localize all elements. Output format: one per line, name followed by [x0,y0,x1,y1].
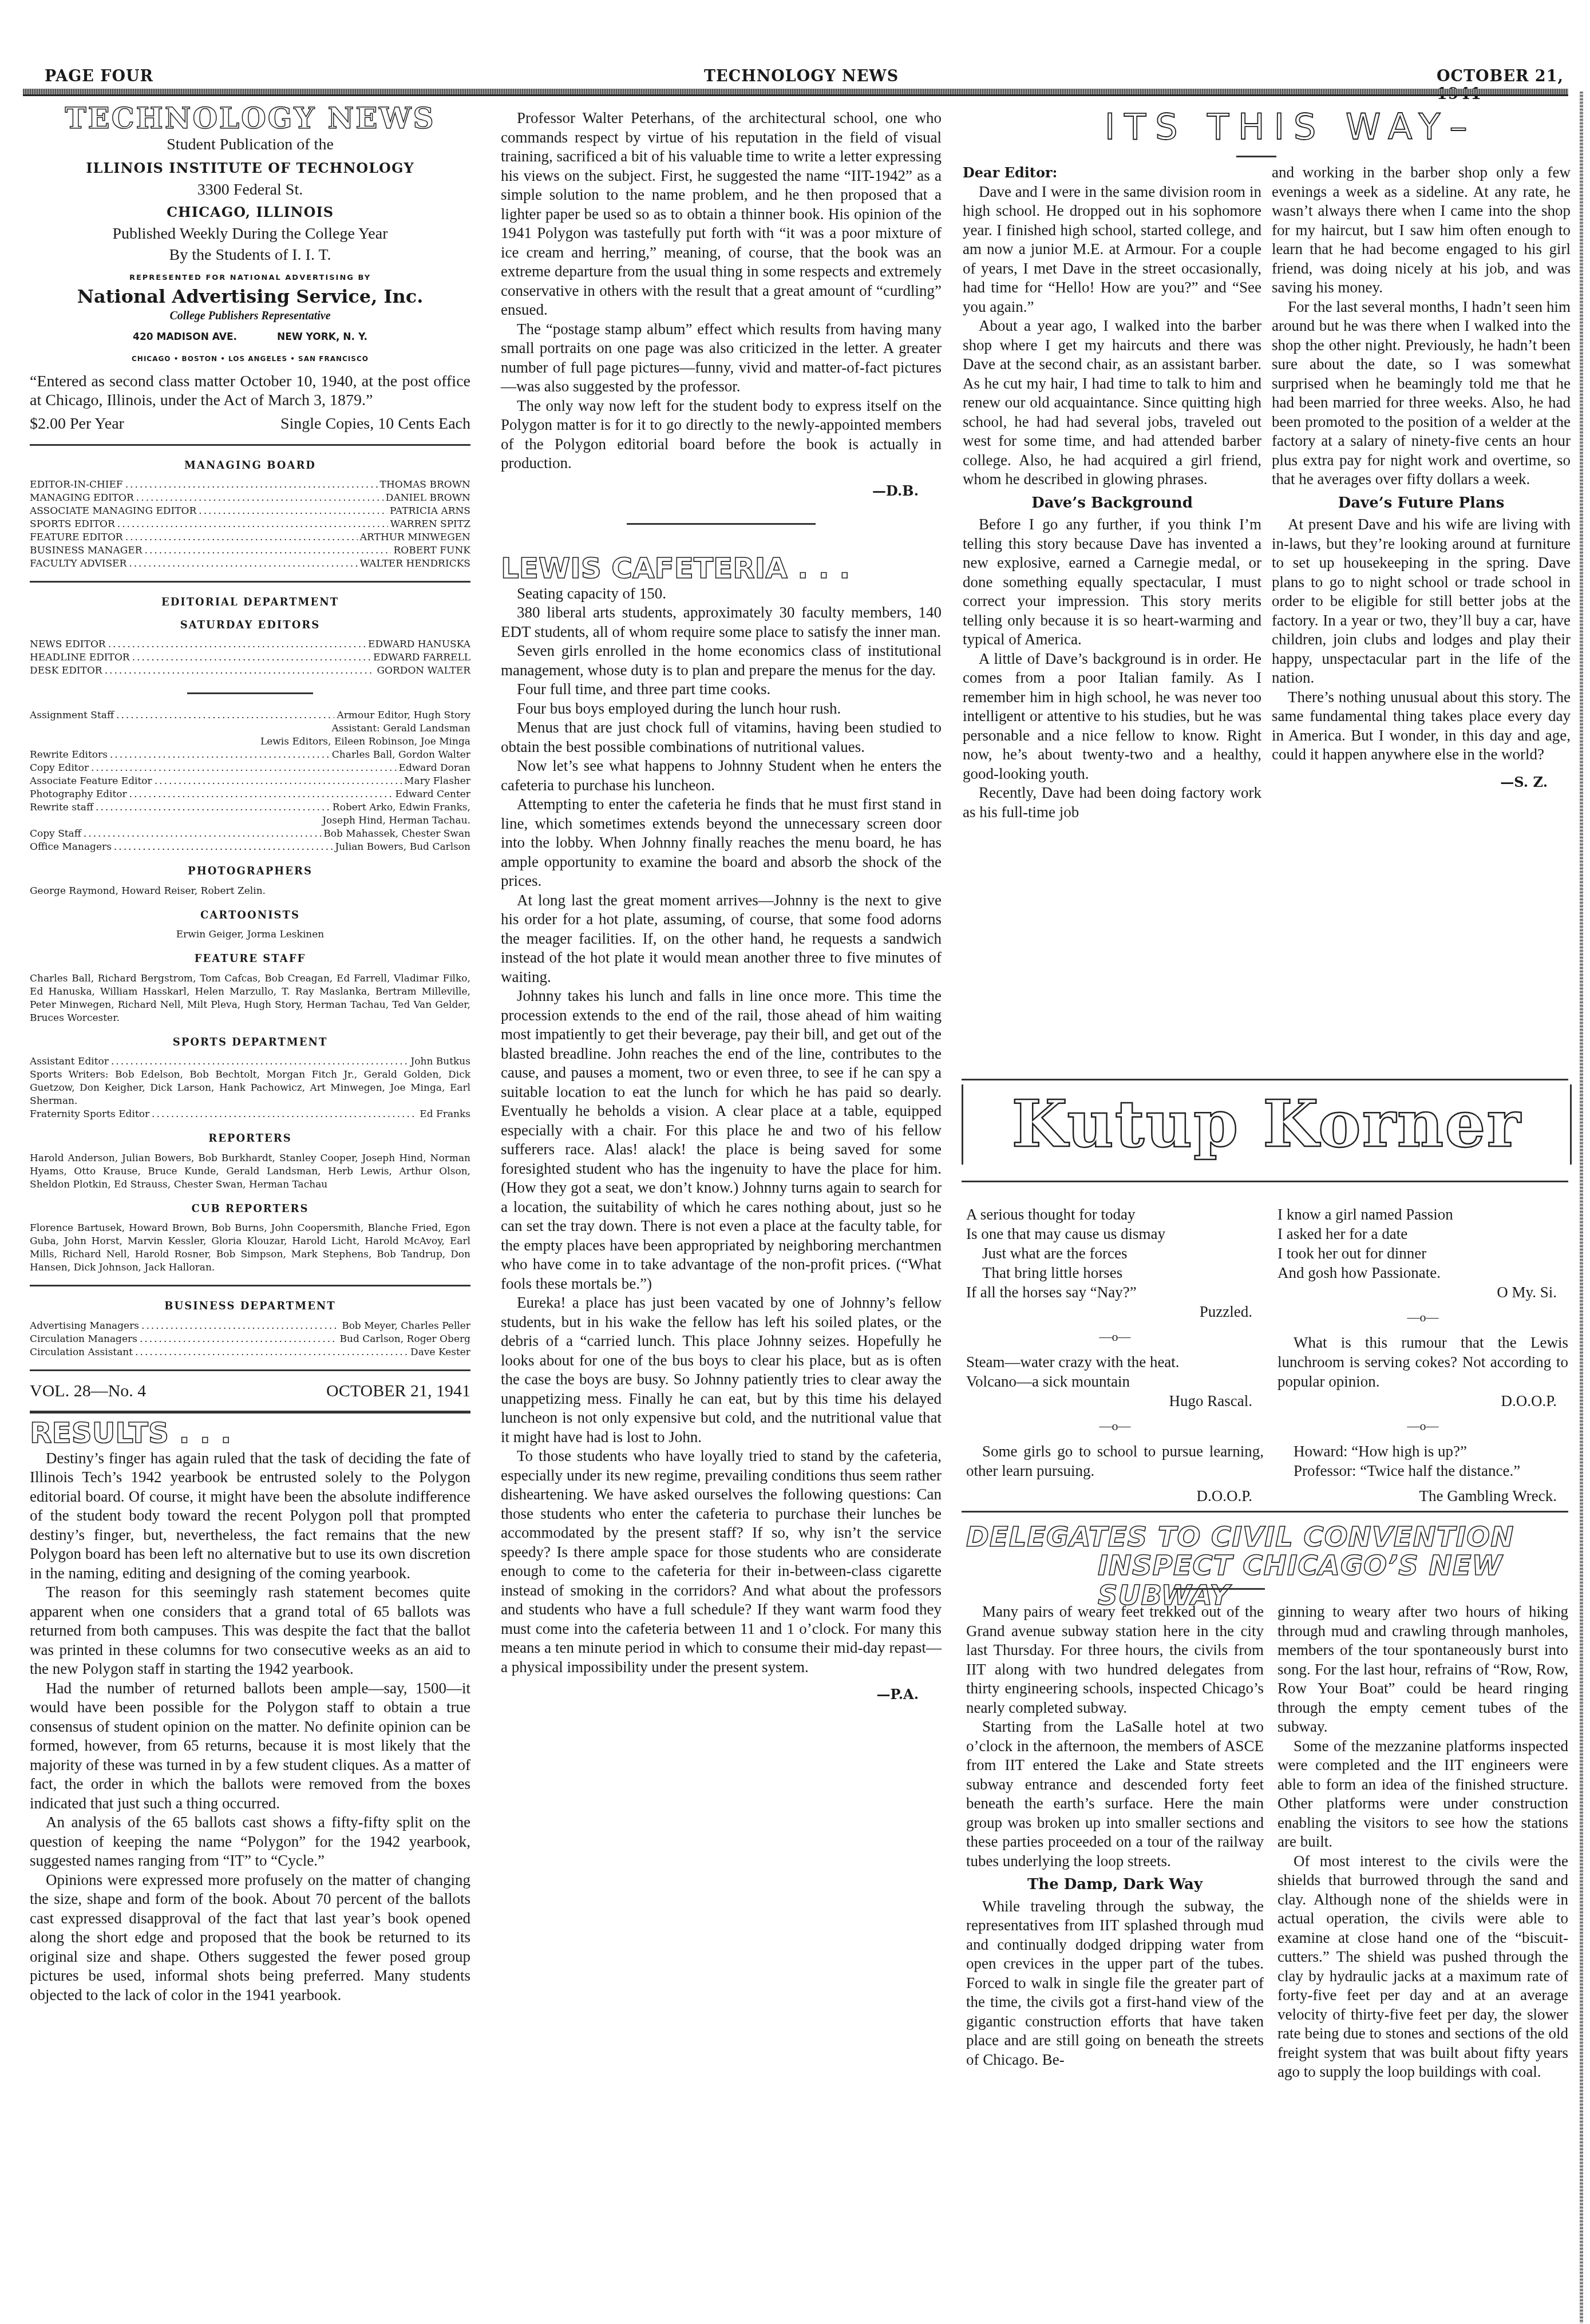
ad-rep-address: 420 MADISON AVE. NEW YORK, N. Y. [30,328,470,347]
folio-paper-name: TECHNOLOGY NEWS [704,68,899,85]
cafeteria-paragraph: 380 liberal arts students, approximately… [501,603,942,642]
letter-paragraph: Before I go any further, if you think I’… [963,515,1261,650]
joke-text: What is this rumour that the Lewis lunch… [1277,1333,1568,1391]
price-single: Single Copies, 10 Cents Each [280,414,470,434]
subhead-background: Dave’s Background [963,494,1261,513]
divider [30,1285,470,1286]
results-paragraph: The only way now left for the student bo… [501,397,942,473]
kutup-left-column: A serious thought for today Is one that … [966,1205,1264,1506]
subway-col-a: Many pairs of weary feet trekked out of … [966,1602,1264,2069]
its-this-way-col-a: Dear Editor: Dave and I were in the same… [963,163,1261,822]
staff-row: Rewrite EditorsCharles Ball, Gordon Walt… [30,749,470,762]
its-this-way-col-b: and working in the barber shop only a fe… [1272,163,1571,791]
divider [30,581,470,583]
managing-board-heading: MANAGING BOARD [30,456,470,476]
kutup-korner-title: Kutup Korner [963,1084,1570,1165]
staff-row: FACULTY ADVISERWALTER HENDRICKS [30,557,470,571]
staff-row: ASSOCIATE MANAGING EDITORPATRICIA ARNS [30,505,470,518]
page-edge [1580,92,1583,2323]
poem-line: That bring little horses [966,1263,1264,1282]
staff-row: SPORTS EDITORWARREN SPITZ [30,518,470,531]
poem-line: I know a girl named Passion [1277,1205,1568,1224]
section-divider: —o— [966,1327,1264,1347]
staff-row: FEATURE EDITORARTHUR MINWEGEN [30,531,470,544]
staff-row: Assignment StaffArmour Editor, Hugh Stor… [30,709,470,722]
results-paragraph: The “postage stamp album” effect which r… [501,320,942,397]
staff-continuation: Joseph Hind, Herman Tachau. [30,814,470,828]
cafeteria-signature: —P.A. [501,1685,919,1704]
cafeteria-paragraph: Seven girls enrolled in the home economi… [501,642,942,680]
results-paragraph: Professor Walter Peterhans, of the archi… [501,109,942,320]
photographers-heading: PHOTOGRAPHERS [30,862,470,881]
subway-paragraph: Many pairs of weary feet trekked out of … [966,1602,1264,1717]
section-divider: —o— [1277,1416,1568,1436]
poem-line: Volcano—a sick mountain [966,1372,1264,1391]
folio-date: OCTOBER 21, 1941 [1437,68,1590,103]
masthead-published: Published Weekly During the College Year [30,224,470,244]
staff-row: HEADLINE EDITOREDWARD FARRELL [30,651,470,664]
subhead-future: Dave’s Future Plans [1272,494,1571,513]
divider [1173,1588,1265,1590]
poem-line: If all the horses say “Nay?” [966,1282,1264,1302]
sports-writers: Sports Writers: Bob Edelson, Bob Bechtol… [30,1068,470,1108]
letter-paragraph: About a year ago, I walked into the barb… [963,316,1261,489]
joke-text: Some girls go to school to pursue learni… [966,1442,1264,1480]
subway-paragraph: ginning to weary after two hours of hiki… [1277,1602,1568,1737]
ad-rep-sub: College Publishers Representative [30,307,470,326]
staff-row: Associate Feature EditorMary Flasher [30,775,470,788]
divider [962,1079,1568,1080]
page-number: PAGE FOUR [45,68,153,85]
results-paragraph: The reason for this seemingly rash state… [30,1583,470,1679]
poem-line: Just what are the forces [966,1244,1264,1263]
staff-row: Assistant EditorJohn Butkus [30,1055,470,1068]
business-heading: BUSINESS DEPARTMENT [30,1297,470,1316]
poem-line: I asked her for a date [1277,1224,1568,1244]
letter-paragraph: There’s nothing unusual about this story… [1272,688,1571,765]
poem-signature: D.O.O.P. [1277,1391,1568,1411]
cafeteria-paragraph: Seating capacity of 150. [501,584,942,604]
poem-signature: O My. Si. [1277,1282,1568,1302]
subway-subhead: The Damp, Dark Way [966,1875,1264,1895]
poem-line: Is one that may cause us dismay [966,1224,1264,1244]
cafeteria-paragraph: Four full time, and three part time cook… [501,680,942,699]
poem-line: And gosh how Passionate. [1277,1263,1568,1282]
poem-line: I took her out for dinner [1277,1244,1568,1263]
cafeteria-paragraph: Now let’s see what happens to Johnny Stu… [501,757,942,795]
divider [30,1411,470,1414]
cartoonists-names: Erwin Geiger, Jorma Leskinen [30,928,470,941]
cafeteria-paragraph: Four bus boys employed during the lunch … [501,699,942,719]
masthead-address: 3300 Federal St. [30,180,470,200]
volume-number: VOL. 28—No. 4 [30,1381,146,1401]
middle-column: Professor Walter Peterhans, of the archi… [501,109,942,1704]
poem-line: A serious thought for today [966,1205,1264,1224]
masthead-title: TECHNOLOGY NEWS [30,109,470,128]
feature-staff-heading: FEATURE STAFF [30,949,470,969]
masthead-institution: ILLINOIS INSTITUTE OF TECHNOLOGY [30,159,470,178]
cafeteria-paragraph: Eureka! a place has just been vacated by… [501,1293,942,1447]
poem-signature: Hugo Rascal. [966,1391,1264,1411]
letter-signature: —S. Z. [1272,773,1548,792]
kutup-right-column: I know a girl named Passion I asked her … [1277,1205,1568,1506]
joke-text: Howard: “How high is up?” [1277,1442,1568,1461]
managing-board-list: EDITOR-IN-CHIEFTHOMAS BROWN MANAGING EDI… [30,478,470,571]
entered-notice: “Entered as second class matter October … [30,372,470,410]
letter-paragraph: and working in the barber shop only a fe… [1272,163,1571,298]
divider [627,523,816,525]
staff-row: NEWS EDITOREDWARD HANUSKA [30,638,470,651]
staff-row: Fraternity Sports EditorEd Franks [30,1108,470,1121]
staff-row: BUSINESS MANAGERROBERT FUNK [30,544,470,557]
staff-continuation: Lewis Editors, Eileen Robinson, Joe Ming… [30,735,470,749]
feature-staff-names: Charles Ball, Richard Bergstrom, Tom Caf… [30,972,470,1025]
staff-row: Circulation ManagersBud Carlson, Roger O… [30,1333,470,1346]
masthead-city: CHICAGO, ILLINOIS [30,203,470,222]
subway-col-b: ginning to weary after two hours of hiki… [1277,1602,1568,2082]
subway-paragraph: Starting from the LaSalle hotel at two o… [966,1717,1264,1871]
price-line: $2.00 Per Year Single Copies, 10 Cents E… [30,414,470,434]
joke-text: Professor: “Twice half the distance.” [1277,1461,1568,1480]
cub-reporters-names: Florence Bartusek, Howard Brown, Bob Bur… [30,1222,470,1274]
masthead-by: By the Students of I. I. T. [30,246,470,265]
subway-headline-line2: INSPECT CHICAGO’S NEW SUBWAY [1098,1551,1590,1610]
masthead-column: TECHNOLOGY NEWS Student Publication of t… [30,109,470,2005]
letter-paragraph: Recently, Dave had been doing factory wo… [963,783,1261,822]
ad-rep-cities: CHICAGO • BOSTON • LOS ANGELES • SAN FRA… [30,350,470,369]
staff-row: Rewrite staffRobert Arko, Edwin Franks, [30,801,470,814]
staff-row: Copy EditorEdward Doran [30,762,470,775]
poem-signature: The Gambling Wreck. [1277,1486,1568,1506]
results-headline: RESULTS . . . [30,1424,470,1443]
subway-paragraph: Some of the mezzanine platforms inspecte… [1277,1737,1568,1852]
section-divider: —o— [966,1416,1264,1436]
cafeteria-paragraph: Attempting to enter the cafeteria he fin… [501,795,942,891]
its-this-way-headline: ITS THIS WAY– [1105,106,1476,148]
results-paragraph: Had the number of returned ballots been … [30,1679,470,1814]
divider [962,1511,1568,1513]
results-paragraph: An analysis of the 65 ballots cast shows… [30,1813,470,1871]
volume-line: VOL. 28—No. 4 OCTOBER 21, 1941 [30,1381,470,1401]
letter-paragraph: At present Dave and his wife are living … [1272,515,1571,688]
poem-signature: D.O.O.P. [966,1486,1264,1506]
letter-paragraph: For the last several months, I hadn’t se… [1272,298,1571,489]
cafeteria-paragraph: Menus that are just chock full of vitami… [501,718,942,757]
poem-line: Steam—water crazy with the heat. [966,1352,1264,1372]
cafeteria-headline: LEWIS CAFETERIA . . . [501,559,942,579]
cafeteria-paragraph: Johnny takes his lunch and falls in line… [501,987,942,1293]
reporters-names: Harold Anderson, Julian Bowers, Bob Burk… [30,1152,470,1191]
subway-paragraph: While traveling through the subway, the … [966,1897,1264,2070]
staff-row: MANAGING EDITORDANIEL BROWN [30,492,470,505]
divider [30,1369,470,1371]
price-year: $2.00 Per Year [30,414,124,434]
saturday-editors-heading: SATURDAY EDITORS [30,616,470,635]
letter-paragraph: Dave and I were in the same division roo… [963,183,1261,317]
divider [1236,156,1276,157]
staff-row: Office ManagersJulian Bowers, Bud Carlso… [30,841,470,854]
ad-rep-address-right: NEW YORK, N. Y. [277,328,367,347]
cub-reporters-heading: CUB REPORTERS [30,1199,470,1219]
results-paragraph: Destiny’s finger has again ruled that th… [30,1449,470,1583]
results-signature: —D.B. [501,481,919,501]
staff-row: Photography EditorEdward Center [30,788,470,801]
top-rule [23,89,1568,96]
staff-continuation: Assistant: Gerald Landsman [30,722,470,735]
volume-date: OCTOBER 21, 1941 [326,1381,470,1401]
results-paragraph: Opinions were expressed more profusely o… [30,1871,470,2005]
staff-row: Advertising ManagersBob Meyer, Charles P… [30,1320,470,1333]
cafeteria-paragraph: At long last the great moment arrives—Jo… [501,891,942,987]
staff-row: Circulation AssistantDave Kester [30,1346,470,1359]
cafeteria-paragraph: To those students who have loyally tried… [501,1447,942,1677]
ad-rep-address-left: 420 MADISON AVE. [133,328,237,347]
divider [187,692,313,694]
sports-heading: SPORTS DEPARTMENT [30,1033,470,1052]
ad-rep-name: National Advertising Service, Inc. [30,287,470,307]
subway-headline-line1: DELEGATES TO CIVIL CONVENTION [966,1522,1514,1552]
masthead-line1: Student Publication of the [30,135,470,155]
poem-signature: Puzzled. [966,1302,1264,1321]
kutup-korner-banner: Kutup Korner [962,1084,1572,1165]
ad-rep-label: REPRESENTED FOR NATIONAL ADVERTISING BY [30,268,470,288]
editorial-heading: EDITORIAL DEPARTMENT [30,593,470,612]
photographers-names: George Raymond, Howard Reiser, Robert Ze… [30,885,470,898]
subway-paragraph: Of most interest to the civils were the … [1277,1852,1568,2082]
staff-row: DESK EDITORGORDON WALTER [30,664,470,678]
letter-salutation: Dear Editor: [963,163,1261,183]
letter-paragraph: A little of Dave’s background is in orde… [963,650,1261,784]
staff-row: EDITOR-IN-CHIEFTHOMAS BROWN [30,478,470,492]
section-divider: —o— [1277,1308,1568,1327]
reporters-heading: REPORTERS [30,1129,470,1149]
divider [30,444,470,446]
divider [962,1181,1568,1182]
cartoonists-heading: CARTOONISTS [30,906,470,925]
staff-row: Copy StaffBob Mahassek, Chester Swan [30,828,470,841]
